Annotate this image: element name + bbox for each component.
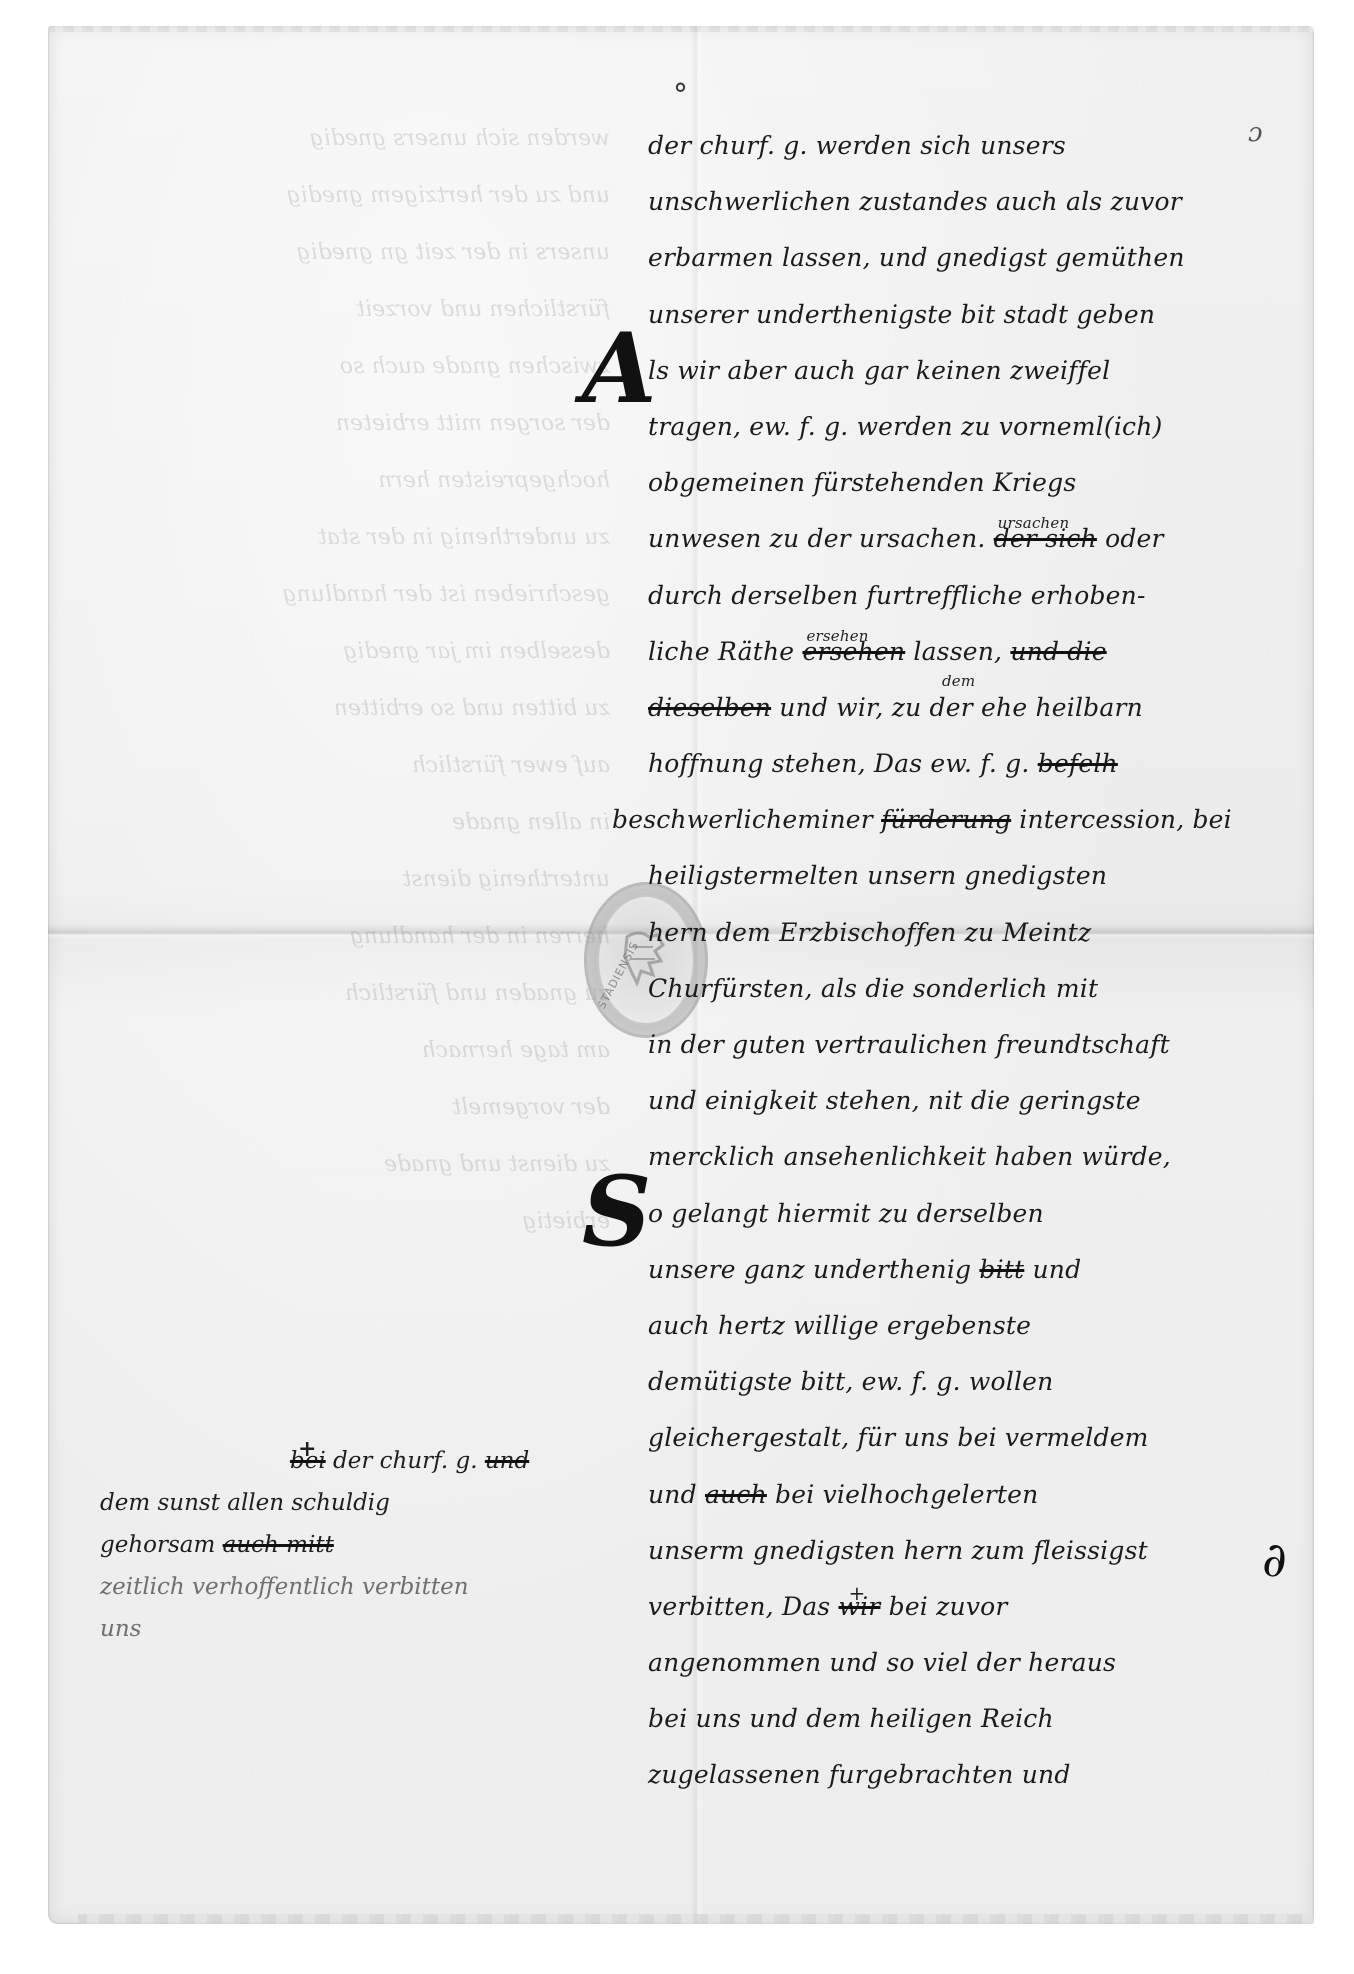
line-text: und wir, zu der ehe heilbarn	[779, 693, 1143, 722]
text-line: unwesen zu der ursachen. der sichursache…	[612, 511, 1302, 567]
line-text: o gelangt hiermit zu derselben	[648, 1199, 1044, 1228]
line-text-after: intercession, bei	[1019, 805, 1232, 834]
text-line: und einigkeit stehen, nit die geringste	[612, 1073, 1302, 1129]
struck-word: und	[485, 1448, 529, 1474]
line-text: hoffnung stehen, Das ew. f. g.	[648, 749, 1030, 778]
line-text-after: oder	[1105, 524, 1164, 553]
line-text: unserer underthenigste bit stadt geben	[648, 300, 1155, 329]
struck-word: befelh	[1038, 749, 1118, 778]
struck-word: dieselben	[648, 693, 771, 722]
line-text: tragen, ew. f. g. werden zu vorneml(ich)	[648, 412, 1163, 441]
line-text-after: bei vielhochgelerten	[775, 1480, 1038, 1509]
text-line: unschwerlichen zustandes auch als zuvor	[612, 174, 1302, 230]
line-text: unsere ganz underthenig	[648, 1255, 971, 1284]
line-text: mercklich ansehenlichkeit haben würde,	[648, 1142, 1171, 1171]
text-line: verbitten, Das wir+ bei zuvor	[612, 1579, 1302, 1635]
line-text: gleichergestalt, für uns bei vermeldem	[648, 1423, 1149, 1452]
marginal-line: bei+ der churf. g. und	[100, 1440, 620, 1482]
text-line: heiligstermelten unsern gnedigsten	[612, 848, 1302, 904]
interlinear-insertion: ersehen	[806, 629, 868, 644]
line-text: ls wir aber auch gar keinen zweiffel	[648, 356, 1110, 385]
line-text: zugelassenen furgebrachten und	[648, 1760, 1071, 1789]
text-line: unserm gnedigsten hern zum fleissigst	[612, 1523, 1302, 1579]
marginal-text: der churf. g.	[333, 1448, 478, 1474]
marginal-line: dem sunst allen schuldig	[100, 1482, 620, 1524]
struck-word: der sichursachen	[994, 524, 1097, 553]
line-text: angenommen und so viel der heraus	[648, 1648, 1116, 1677]
marginal-line: zeitlich verhoffentlich verbitten	[100, 1566, 620, 1608]
marginal-text: zeitlich verhoffentlich verbitten	[100, 1574, 469, 1600]
text-line: tragen, ew. f. g. werden zu vorneml(ich)	[612, 399, 1302, 455]
text-line: dieselben und wir, zu der ehe heilbarnde…	[612, 680, 1302, 736]
struck-word: bitt	[979, 1255, 1024, 1284]
line-text: und einigkeit stehen, nit die geringste	[648, 1086, 1141, 1115]
decorated-initial: S	[582, 1172, 652, 1252]
struck-word: auch mitt	[223, 1532, 334, 1558]
line-text: der churf. g. werden sich unsers	[648, 131, 1066, 160]
line-text: durch derselben furtreffliche erhoben-	[648, 581, 1146, 610]
text-line: Churfürsten, als die sonderlich mit	[612, 961, 1302, 1017]
struck-word: bei+	[290, 1448, 326, 1474]
superscript-o-mark: °	[673, 78, 688, 113]
text-line: unsere ganz underthenig bitt und	[612, 1242, 1302, 1298]
line-text: obgemeinen fürstehenden Kriegs	[648, 468, 1076, 497]
struck-word: und die	[1010, 637, 1106, 666]
line-text: verbitten, Das	[648, 1592, 830, 1621]
struck-word: fürderung	[881, 805, 1011, 834]
text-line: erbarmen lassen, und gnedigst gemüthen	[612, 230, 1302, 286]
text-line: und auch bei vielhochgelerten	[612, 1467, 1302, 1523]
text-line: unserer underthenigste bit stadt geben	[612, 287, 1302, 343]
line-text: demütigste bitt, ew. f. g. wollen	[648, 1367, 1053, 1396]
text-line: bei uns und dem heiligen Reich	[612, 1691, 1302, 1747]
text-line: So gelangt hiermit zu derselben	[612, 1186, 1302, 1242]
line-text: unwesen zu der ursachen.	[648, 524, 986, 553]
text-line: auch hertz willige ergebenste	[612, 1298, 1302, 1354]
text-line: hern dem Erzbischoffen zu Meintz	[612, 905, 1302, 961]
text-line: durch derselben furtreffliche erhoben-	[612, 568, 1302, 624]
text-line: Als wir aber auch gar keinen zweiffel	[612, 343, 1302, 399]
marginal-note: bei+ der churf. g. unddem sunst allen sc…	[100, 1440, 620, 1650]
marginal-text: gehorsam	[100, 1532, 215, 1558]
line-text: beschwerlicheminer	[612, 805, 873, 834]
decorated-initial: A	[582, 329, 657, 409]
struck-word: ersehenersehen	[802, 637, 905, 666]
text-line: obgemeinen fürstehenden Kriegs	[612, 455, 1302, 511]
line-text: auch hertz willige ergebenste	[648, 1311, 1031, 1340]
line-text-after: lassen,	[913, 637, 1002, 666]
interlinear-insertion: ursachen	[998, 516, 1070, 531]
main-text-block: der churf. g. werden sich unsersunschwer…	[612, 118, 1302, 1804]
struck-word: auch	[705, 1480, 767, 1509]
insertion-cross-mark: +	[849, 1586, 866, 1601]
line-text: bei uns und dem heiligen Reich	[648, 1704, 1054, 1733]
text-line: mercklich ansehenlichkeit haben würde,	[612, 1129, 1302, 1185]
line-text-after: bei zuvor	[889, 1592, 1008, 1621]
interlinear-insertion: dem	[942, 674, 975, 689]
text-line: in der guten vertraulichen freundtschaft	[612, 1017, 1302, 1073]
line-text: in der guten vertraulichen freundtschaft	[648, 1030, 1170, 1059]
marginal-line: gehorsam auch mitt	[100, 1524, 620, 1566]
line-text: hern dem Erzbischoffen zu Meintz	[648, 918, 1091, 947]
text-line: gleichergestalt, für uns bei vermeldem	[612, 1410, 1302, 1466]
text-line: hoffnung stehen, Das ew. f. g. befelh	[612, 736, 1302, 792]
line-text: erbarmen lassen, und gnedigst gemüthen	[648, 243, 1185, 272]
marginal-text: uns	[100, 1616, 141, 1642]
line-text: unschwerlichen zustandes auch als zuvor	[648, 187, 1182, 216]
line-text: heiligstermelten unsern gnedigsten	[648, 861, 1107, 890]
text-line: demütigste bitt, ew. f. g. wollen	[612, 1354, 1302, 1410]
text-line: der churf. g. werden sich unsers	[612, 118, 1302, 174]
marginal-line: uns	[100, 1608, 620, 1650]
text-line: beschwerlicheminer fürderung intercessio…	[612, 792, 1302, 848]
line-text: Churfürsten, als die sonderlich mit	[648, 974, 1098, 1003]
text-line: angenommen und so viel der heraus	[612, 1635, 1302, 1691]
line-text: liche Räthe	[648, 637, 794, 666]
marginal-text: dem sunst allen schuldig	[100, 1490, 390, 1516]
line-text-after: und	[1032, 1255, 1081, 1284]
insertion-cross-mark: +	[298, 1428, 316, 1470]
line-text: und	[648, 1480, 697, 1509]
struck-word: wir+	[839, 1592, 881, 1621]
text-line: zugelassenen furgebrachten und	[612, 1747, 1302, 1803]
line-text: unserm gnedigsten hern zum fleissigst	[648, 1536, 1148, 1565]
